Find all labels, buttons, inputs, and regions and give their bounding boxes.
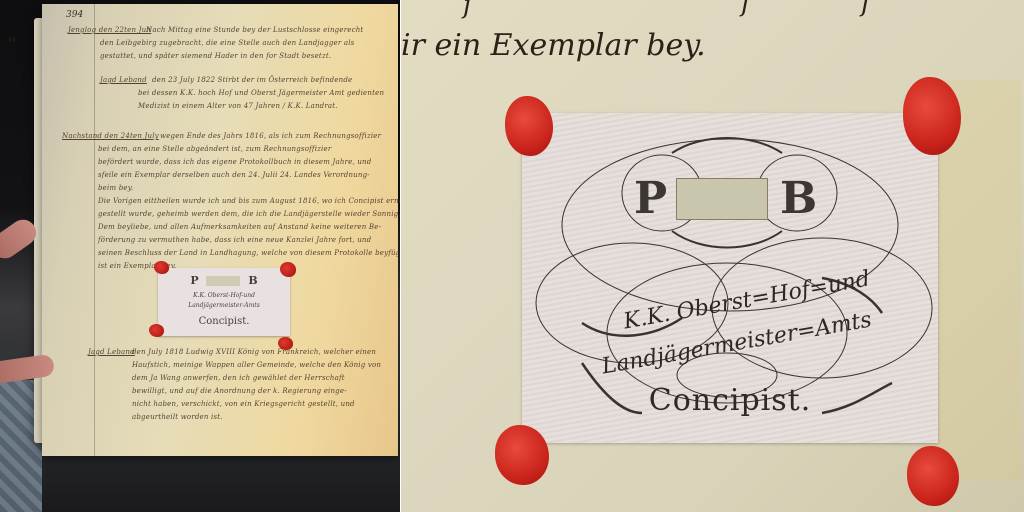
entry-line: abgeurtheilt worden ist. (132, 411, 223, 424)
wax-seal-top-right (903, 77, 961, 155)
entry-line: Medizist in einem Alter von 47 Jahren / … (138, 100, 338, 113)
page-number: 394 (66, 10, 83, 20)
wax-seal-top-left (154, 261, 169, 274)
monogram-right: B (248, 274, 257, 287)
label-cutout (206, 276, 240, 286)
monogram-left: P (634, 173, 667, 224)
entry-line: Die Vorigen eittheilen wurde ich und bis… (98, 195, 400, 208)
entry-line: den July 1818 Ludwig XVIII König von Fra… (132, 346, 376, 359)
entry-line: bewilligt, und auf die Anordnung der k. … (132, 385, 347, 398)
entry-heading: Jagd Leband (100, 74, 147, 87)
ledger-page: 394 14 Jenglog den 22ten Juli Nach Mitta… (42, 4, 398, 456)
entry-line: wegen Ende des Jahrs 1816, als ich zum R… (160, 130, 381, 143)
wax-seal-bottom-left (495, 425, 549, 485)
entry-heading: Nachstand den 24ten July (62, 130, 159, 143)
entry-line: bei dessen K.K. hoch Hof und Oberst Jäge… (138, 87, 384, 100)
engraved-label-small: P B K.K. Oberst-Hof-und Landjägermeister… (158, 268, 290, 336)
wax-seal-top-left (505, 96, 553, 156)
entry-line: gestattet, und später siemend Hader in d… (100, 50, 331, 63)
handwriting-descender: ſ (861, 0, 871, 18)
entry-heading: Jagd Leband (88, 346, 135, 359)
entry-line: gestellt wurde, geheimb werden dem, die … (98, 208, 400, 221)
label-line2: Landjägermeister-Amts (158, 302, 290, 309)
entry-line: den Leibgebirg zugebracht, die eine Stel… (100, 37, 354, 50)
entry-line: seinen Beschluss der Land in Landhagung,… (98, 247, 400, 260)
entry-line: den 23 July 1822 Stirbt der im Österreic… (152, 74, 352, 87)
handwriting-descender: ſ (741, 0, 751, 18)
wax-seal-bottom-right (907, 446, 959, 506)
entry-line: befördert wurde, dass ich das eigene Pro… (98, 156, 371, 169)
margin-rule (94, 4, 95, 456)
entry-line: Haufstich, meinige Wappen aller Gemeinde… (132, 359, 381, 372)
entry-heading: Jenglog den 22ten Juli (68, 24, 151, 37)
monogram-right: B (780, 173, 817, 224)
entry-line: bei dem, an eine Stelle abgeändert ist, … (98, 143, 331, 156)
wax-seal-bottom-left (149, 324, 164, 337)
engraved-label: P B K.K. Oberst=Hof=und Landjägermeister… (522, 113, 938, 443)
entry-line: beim bey. (98, 182, 133, 195)
handwriting-line: ir ein Exemplar bey. (401, 28, 706, 63)
entry-line: nicht haben, verschickt, von ein Kriegsg… (132, 398, 355, 411)
label-title: Concipist. (522, 383, 938, 418)
entry-line: Dem beyliebe, und allen Aufmerksamkeiten… (98, 221, 381, 234)
entry-line: Nach Mittag eine Stunde bey der Lustschl… (146, 24, 363, 37)
entry-line: förderung zu vermuthen habe, dass ich ei… (98, 234, 371, 247)
left-photo-panel: 394 14 Jenglog den 22ten Juli Nach Mitta… (0, 0, 400, 512)
label-title: Concipist. (158, 316, 290, 327)
wax-seal-top-right (280, 262, 296, 277)
handwriting-descender: ſ (463, 0, 473, 20)
right-photo-panel: ir ein Exemplar bey. ſ ſ ſ P B (401, 0, 1024, 512)
entry-line: dem Ja Wang anwerfen, den ich gewählet d… (132, 372, 345, 385)
monogram-left: P (190, 274, 198, 287)
entry-line: sfeile ein Exemplar derselben auch den 2… (98, 169, 370, 182)
margin-number: 14 (8, 34, 16, 47)
label-line1: K.K. Oberst-Hof-und (158, 292, 290, 299)
label-cutout-window (676, 178, 768, 220)
